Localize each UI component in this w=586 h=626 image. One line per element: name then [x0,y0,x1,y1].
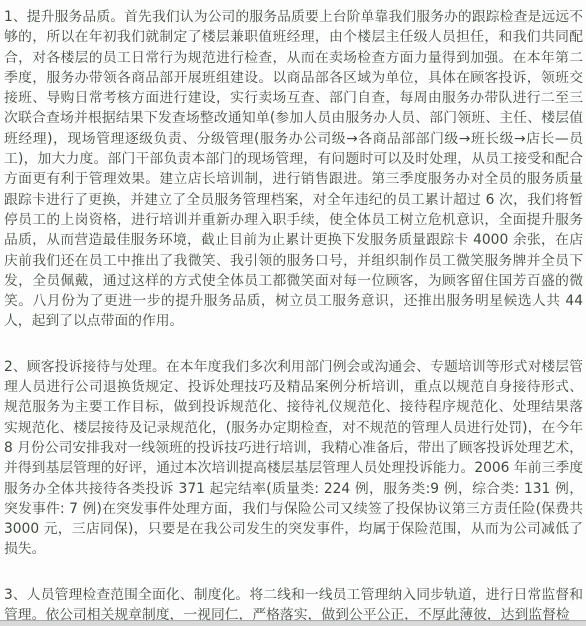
document-page: { "document": { "language": "zh-CN", "pa… [0,0,586,626]
paragraph-complaint-handling: 2、顾客投诉接待与处理。在本年度我们多次利用部门例会或沟通会、专题培训等形式对楼… [4,357,583,560]
paragraph-service-quality: 1、提升服务品质。首先我们认为公司的服务品质要上台阶单靠我们服务办的跟踪检查是远… [4,7,583,332]
bottom-edge-bar [0,620,586,626]
document-body: 1、提升服务品质。首先我们认为公司的服务品质要上台阶单靠我们服务办的跟踪检查是远… [0,0,586,625]
